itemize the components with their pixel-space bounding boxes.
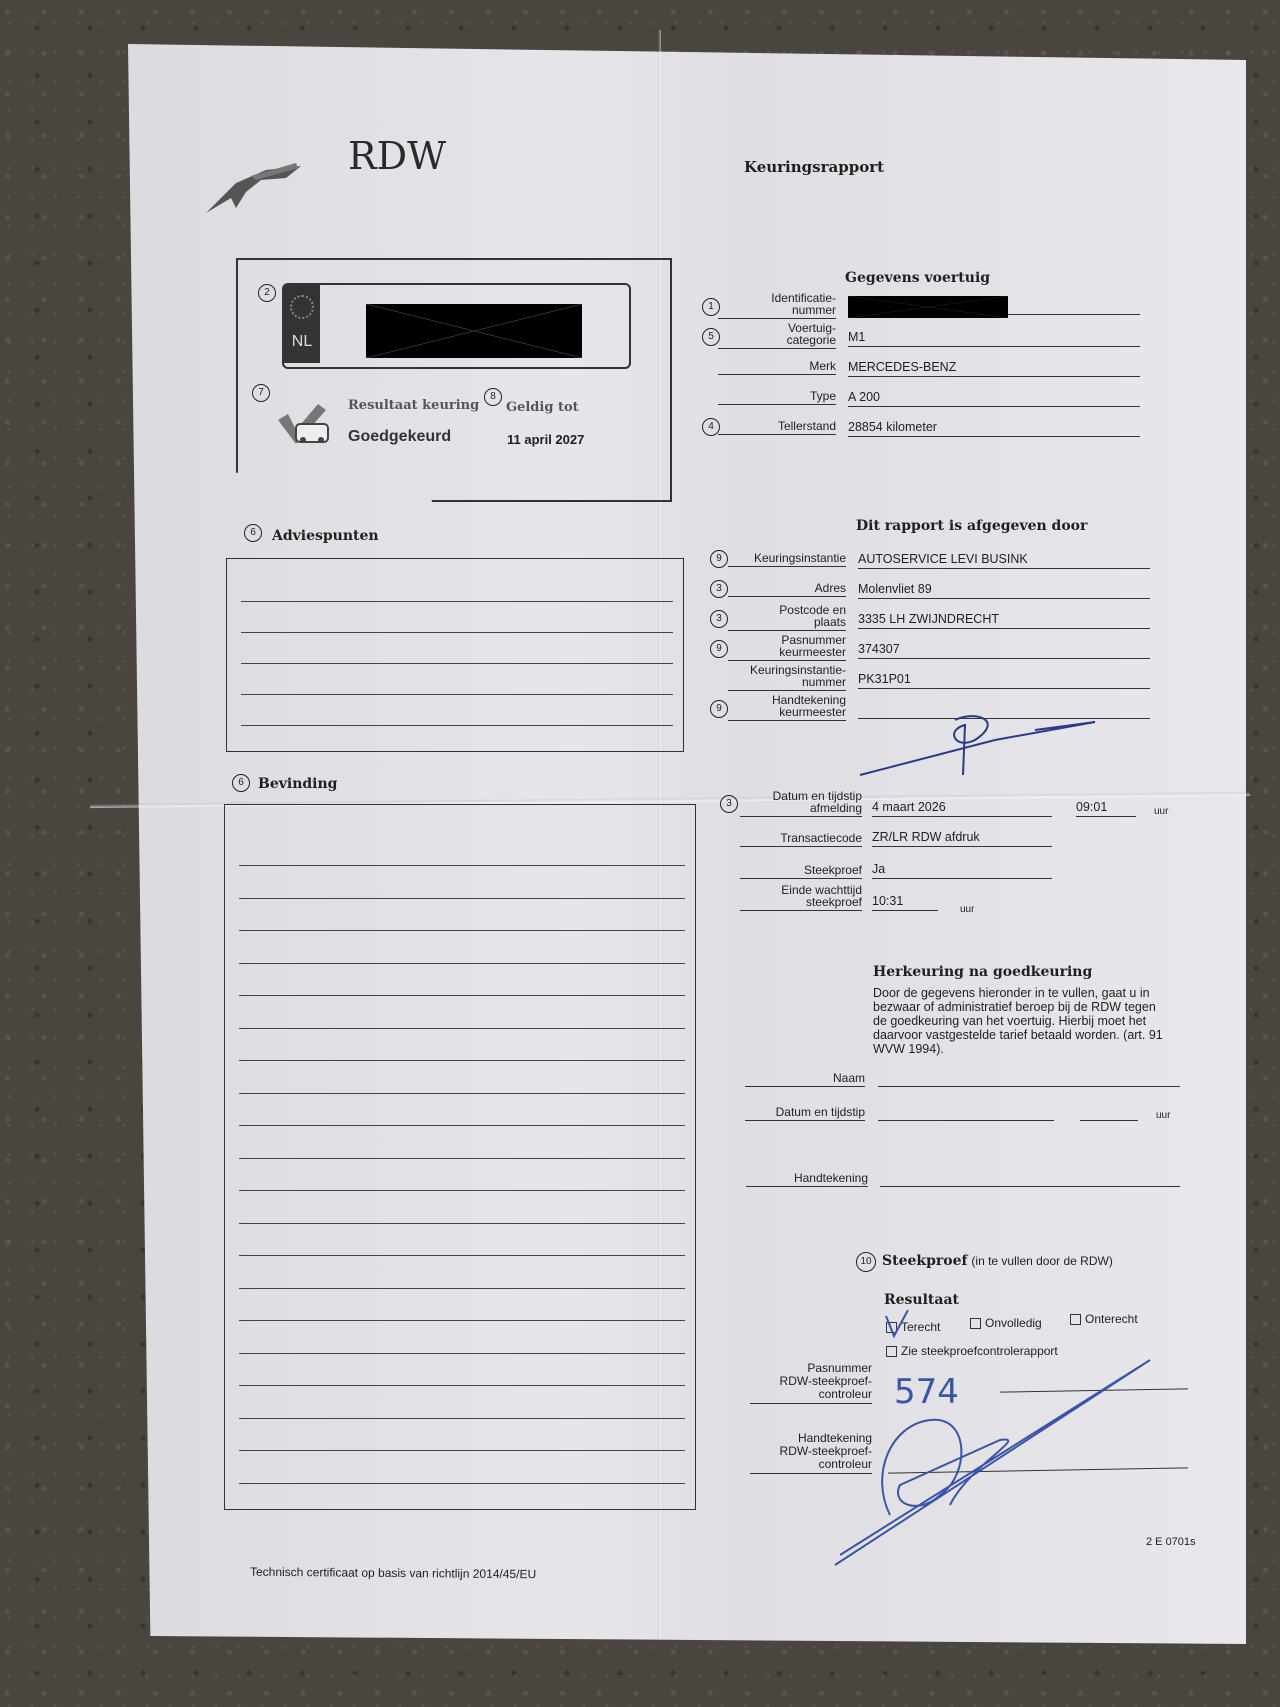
vehicle-row-label: Merk	[718, 360, 836, 375]
advice-heading: Adviespunten	[272, 528, 379, 544]
rdw-wing-logo-icon	[206, 158, 306, 218]
writing-line	[239, 930, 685, 931]
plate-country: NL	[284, 333, 320, 351]
sample-value: Ja	[872, 862, 1052, 879]
vehicle-heading: Gegevens voertuig	[845, 270, 990, 286]
wait-label: Einde wachttijd steekproef	[740, 884, 862, 911]
afmelding-time-value: 09:01	[1076, 800, 1136, 817]
writing-line	[239, 1158, 685, 1159]
afmelding-date-value: 4 maart 2026	[872, 800, 1052, 817]
issuer-row-marker: 3	[710, 610, 728, 628]
reinspection-text: Door de gegevens hieronder in te vullen,…	[873, 986, 1173, 1056]
vehicle-row-label: Identificatie- nummer	[718, 292, 836, 319]
reinspection-signature-field[interactable]	[880, 1170, 1180, 1187]
issuer-row-marker: 9	[710, 640, 728, 658]
issuer-row-value: 374307	[858, 642, 1150, 659]
writing-line	[239, 1288, 685, 1289]
issuer-row-marker: 9	[710, 700, 728, 718]
issuer-row-label: Keuringsinstantie	[728, 552, 846, 567]
issuer-row-label: Pasnummer keurmeester	[728, 634, 846, 661]
sample-check-heading: Steekproef	[882, 1253, 968, 1269]
vehicle-row-value: 28854 kilometer	[848, 420, 1140, 437]
issuer-row-label: Keuringsinstantie- nummer	[728, 664, 846, 691]
writing-line	[239, 1255, 685, 1256]
reinspection-signature-label: Handtekening	[746, 1172, 868, 1187]
redacted-plate-number	[366, 304, 582, 358]
marker-3-afmelding: 3	[720, 795, 738, 813]
vehicle-row-value: A 200	[848, 390, 1140, 407]
issuer-heading: Dit rapport is afgegeven door	[856, 518, 1087, 534]
result-label: Resultaat keuring	[348, 398, 479, 413]
marker-2: 2	[258, 284, 276, 302]
issuer-row-value: AUTOSERVICE LEVI BUSINK	[858, 552, 1150, 569]
checkmark-icon	[884, 1310, 914, 1340]
writing-line	[239, 1450, 685, 1451]
writing-line	[239, 1353, 685, 1354]
issuer-row-label: Handtekening keurmeester	[728, 694, 846, 721]
issuer-row-marker: 9	[710, 550, 728, 568]
transaction-label: Transactiecode	[740, 832, 862, 847]
reinspection-time-field[interactable]	[1080, 1104, 1138, 1121]
findings-heading: Bevinding	[258, 776, 337, 792]
writing-line	[241, 663, 673, 664]
plate-eu-band: NL	[284, 285, 320, 363]
writing-line	[239, 898, 685, 899]
marker-6-advice: 6	[244, 524, 262, 542]
sample-label: Steekproef	[740, 864, 862, 879]
form-code: 2 E 0701s	[1146, 1536, 1196, 1548]
reinspection-name-field[interactable]	[878, 1070, 1180, 1087]
writing-line	[239, 1125, 685, 1126]
afmelding-unit: uur	[1154, 806, 1168, 817]
advice-lines-box[interactable]	[226, 558, 684, 752]
issuer-row-marker: 3	[710, 580, 728, 598]
wait-unit: uur	[960, 904, 974, 915]
vehicle-row-label: Type	[718, 390, 836, 405]
issuer-row-label: Adres	[728, 582, 846, 597]
checkbox-onterecht[interactable]	[1070, 1314, 1081, 1325]
writing-line	[239, 1385, 685, 1386]
writing-line	[241, 694, 673, 695]
reinspection-date-field[interactable]	[878, 1104, 1054, 1121]
issuer-row-value: Molenvliet 89	[858, 582, 1150, 599]
vehicle-row-redacted-value	[848, 296, 1008, 318]
vehicle-row-label: Tellerstand	[718, 420, 836, 435]
writing-line	[239, 1093, 685, 1094]
vehicle-row-value: MERCEDES-BENZ	[848, 360, 1140, 377]
rdw-logo-text: RDW	[348, 134, 446, 178]
checkbox-onvolledig[interactable]	[970, 1318, 981, 1329]
eu-stars-icon	[290, 295, 314, 319]
issuer-row-value: PK31P01	[858, 672, 1150, 689]
controller-signature	[830, 1355, 1160, 1575]
transaction-value: ZR/LR RDW afdruk	[872, 830, 1052, 847]
writing-line	[239, 1190, 685, 1191]
issuer-row-value: 3335 LH ZWIJNDRECHT	[858, 612, 1150, 629]
reinspection-unit: uur	[1156, 1110, 1170, 1121]
findings-lines-box[interactable]	[224, 804, 696, 1510]
marker-8: 8	[484, 388, 502, 406]
option-onvolledig[interactable]: Onvolledig	[970, 1316, 1042, 1330]
vehicle-row-value: M1	[848, 330, 1140, 347]
sample-check-heading-row: Steekproef (in te vullen door de RDW)	[882, 1252, 1113, 1269]
reinspection-name-label: Naam	[745, 1072, 865, 1087]
writing-line	[239, 865, 685, 866]
option-onterecht[interactable]: Onterecht	[1070, 1312, 1138, 1326]
issuer-row-label: Postcode en plaats	[728, 604, 846, 631]
inspector-signature	[855, 710, 1105, 780]
writing-line	[241, 725, 673, 726]
certificate-note: Technisch certificaat op basis van richt…	[250, 1565, 536, 1581]
wait-value: 10:31	[872, 894, 938, 911]
writing-line	[239, 995, 685, 996]
writing-line	[239, 1320, 685, 1321]
writing-line	[239, 1483, 685, 1484]
writing-line	[239, 1028, 685, 1029]
writing-line	[241, 601, 673, 602]
marker-10: 10	[856, 1252, 876, 1272]
valid-until-value: 11 april 2027	[507, 432, 584, 447]
marker-7: 7	[252, 384, 270, 402]
writing-line	[239, 1060, 685, 1061]
vehicle-row-label: Voertuig- categorie	[718, 322, 836, 349]
sample-check-note: (in te vullen door de RDW)	[971, 1254, 1112, 1268]
writing-line	[239, 1223, 685, 1224]
afmelding-date-label: Datum en tijdstip afmelding	[740, 790, 862, 817]
writing-line	[241, 632, 673, 633]
writing-line	[239, 1418, 685, 1419]
valid-until-label: Geldig tot	[506, 400, 579, 415]
sample-result-label: Resultaat	[884, 1292, 959, 1308]
reinspection-heading: Herkeuring na goedkeuring	[873, 964, 1092, 980]
car-check-icon	[278, 404, 338, 448]
result-value: Goedgekeurd	[348, 428, 451, 446]
report-title: Keuringsrapport	[744, 158, 884, 176]
reinspection-datetime-label: Datum en tijdstip	[745, 1106, 865, 1121]
writing-line	[239, 963, 685, 964]
vehicle-row-line	[1008, 314, 1140, 315]
marker-6-findings: 6	[232, 774, 250, 792]
